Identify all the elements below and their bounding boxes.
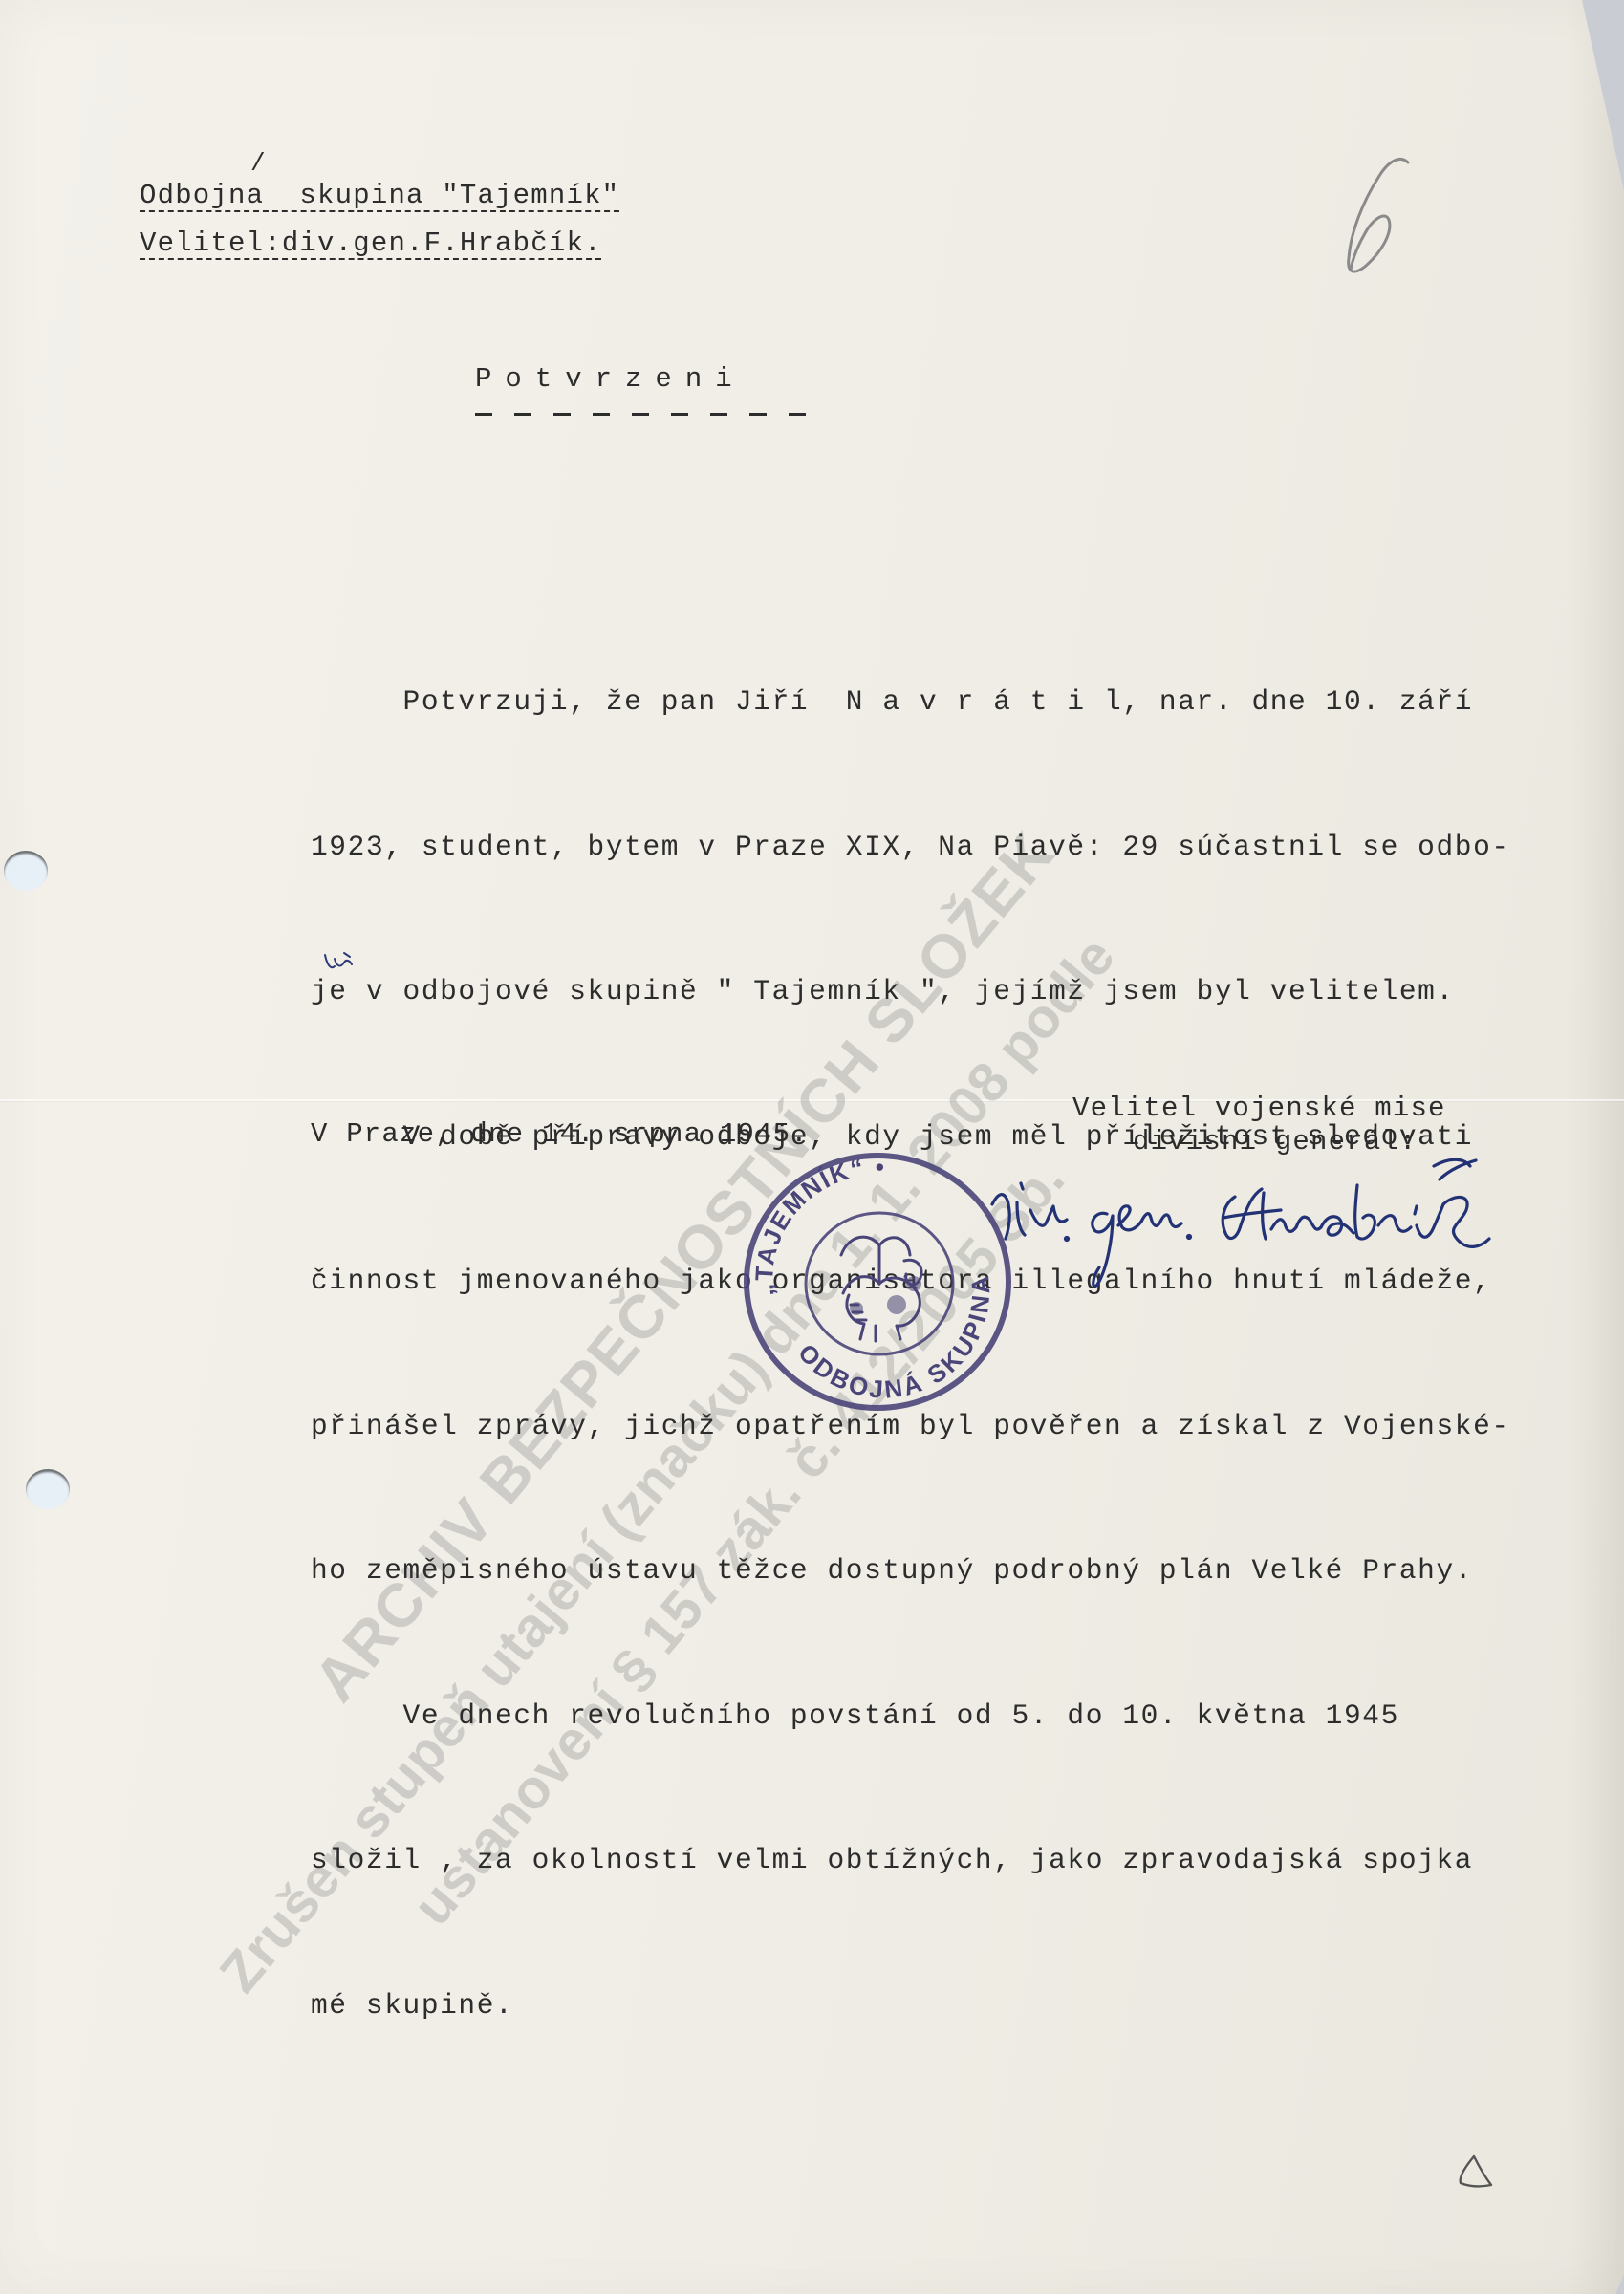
place-and-date: V Praze, dne 14. srpna 1945. bbox=[311, 1120, 809, 1148]
signatory-title-line1: Velitel vojenské mise bbox=[1072, 1094, 1446, 1122]
stamp-text-top: „TAJEMNÍK“ • bbox=[736, 1147, 911, 1301]
handwritten-correction-mark bbox=[321, 949, 359, 976]
handwritten-signature bbox=[985, 1147, 1615, 1309]
title-dashed-underline bbox=[475, 413, 810, 416]
body-line: Potvrzuji, že pan Jiří N a v r á t i l, … bbox=[311, 678, 1592, 726]
organization-stamp: „TAJEMNÍK“ • ODBOJNÁ SKUPINA bbox=[736, 1140, 1013, 1418]
header-group-name: Odbojna skupina "Tajemník" bbox=[140, 182, 619, 209]
pencil-corner-mark bbox=[1453, 2151, 1501, 2198]
punch-hole-upper bbox=[4, 851, 48, 891]
body-line: je v odbojové skupině " Tajemník ", její… bbox=[311, 967, 1592, 1016]
accent-mark: / bbox=[250, 151, 267, 176]
document-page: ARCHIV BEZPEČNOSTNÍCH SLOŽEK Zrušen stup… bbox=[0, 0, 1624, 2294]
body-line: ho zeměpisného ústavu těžce dostupný pod… bbox=[311, 1547, 1592, 1595]
pencil-page-number-6 bbox=[1333, 153, 1429, 287]
body-line: složil , za okolností velmi obtížných, j… bbox=[311, 1836, 1592, 1885]
body-line: Ve dnech revolučního povstání od 5. do 1… bbox=[311, 1692, 1592, 1741]
body-line: 1923, student, bytem v Praze XIX, Na Pia… bbox=[311, 823, 1592, 872]
body-line: mé skupině. bbox=[311, 1981, 1592, 2030]
header-commander: Velitel:div.gen.F.Hrabčík. bbox=[140, 229, 602, 257]
document-title: Potvrzeni bbox=[475, 365, 746, 393]
punch-hole-lower bbox=[26, 1469, 70, 1509]
